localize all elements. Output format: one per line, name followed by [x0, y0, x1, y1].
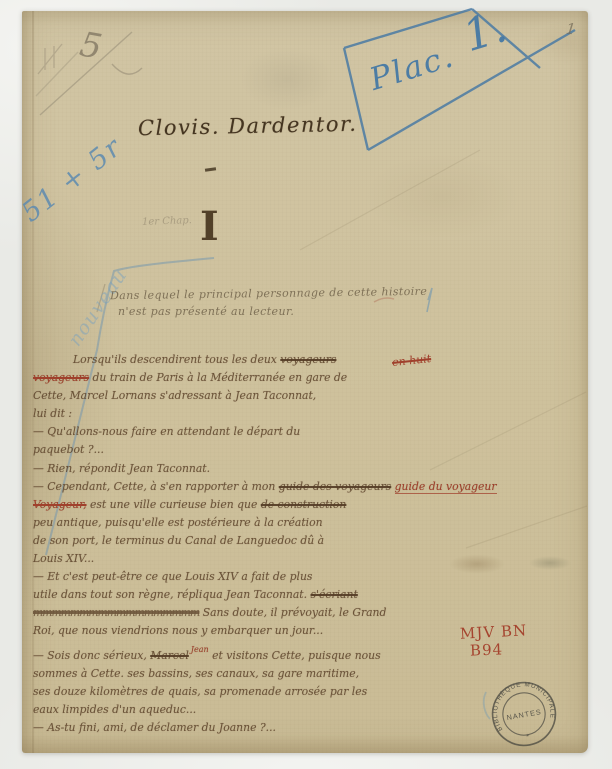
manuscript-line: — Et c'est peut-être ce que Louis XIV a … — [33, 568, 497, 586]
manuscript-line: — Qu'allons-nous faire en attendant le d… — [33, 423, 497, 441]
text-segment: Jean — [191, 645, 209, 654]
chapter-subtitle-line2: n'est pas présenté au lecteur. — [118, 305, 294, 318]
faint-pencil-note: 1er Chap. — [142, 215, 192, 228]
manuscript-line: eaux limpides d'un aqueduc... — [33, 701, 497, 719]
manuscript-line: de son port, le terminus du Canal de Lan… — [33, 532, 497, 550]
text-segment: — Qu'allons-nous faire en attendant le d… — [33, 425, 300, 438]
text-segment: — Rien, répondit Jean Taconnat. — [33, 462, 210, 475]
text-segment: — Sois donc sérieux, — [33, 649, 150, 662]
text-segment: Lorsqu'ils descendirent tous les deux — [73, 353, 280, 366]
text-segment: mmmmmmmmmmmmmmmmmm — [33, 606, 199, 619]
shelfmark-line2: B94 — [470, 640, 504, 659]
text-segment: voyageurs — [33, 371, 89, 384]
manuscript-line: Roi, que nous viendrions nous y embarque… — [33, 622, 497, 640]
manuscript-title: Clovis. Dardentor. — [138, 112, 358, 141]
text-segment: guide du voyageur — [395, 480, 497, 494]
stamp-center-text: NANTES — [506, 707, 542, 722]
text-segment: Louis XIV... — [33, 552, 94, 565]
manuscript-body: Lorsqu'ils descendirent tous les deux vo… — [33, 351, 497, 737]
manuscript-line: — Cependant, Cette, à s'en rapporter à m… — [33, 478, 497, 496]
manuscript-line: paquebot ?... — [33, 441, 497, 459]
text-segment: de son port, le terminus du Canal de Lan… — [33, 534, 324, 547]
text-segment: de construction — [261, 498, 347, 511]
manuscript-line: utile dans tout son règne, répliqua Jean… — [33, 586, 497, 604]
text-segment: Cette, Marcel Lornans s'adressant à Jean… — [33, 389, 316, 402]
library-stamp: BIBLIOTHÈQUE MUNICIPALE NANTES * — [483, 673, 564, 754]
manuscript-line: mmmmmmmmmmmmmmmmmm Sans doute, il prévoy… — [33, 604, 497, 622]
manuscript-line: — Rien, répondit Jean Taconnat. — [33, 460, 497, 478]
text-segment: Voyageur, — [33, 498, 87, 511]
folio-number: 1 — [565, 20, 576, 39]
text-segment: et visitons Cette, puisque nous — [209, 649, 381, 662]
manuscript-line: sommes à Cette. ses bassins, ses canaux,… — [33, 665, 497, 683]
manuscript-line: — As-tu fini, ami, de déclamer du Joanne… — [33, 719, 497, 737]
text-segment: peu antique, puisqu'elle est postérieure… — [33, 516, 323, 529]
chapter-numeral: I — [200, 203, 219, 250]
text-segment: — Et c'est peut-être ce que Louis XIV a … — [33, 570, 312, 583]
text-segment: — As-tu fini, ami, de déclamer du Joanne… — [33, 721, 276, 734]
stamp-ring-text: BIBLIOTHÈQUE MUNICIPALE — [487, 676, 558, 733]
text-segment: voyageurs — [280, 353, 336, 366]
text-segment: du train de Paris à la Méditerranée en g… — [89, 371, 347, 384]
text-segment: s'écriant — [311, 588, 358, 601]
manuscript-line: Cette, Marcel Lornans s'adressant à Jean… — [33, 387, 497, 405]
manuscript-line: Lorsqu'ils descendirent tous les deux vo… — [73, 351, 497, 369]
manuscript-line: voyageurs du train de Paris à la Méditer… — [33, 369, 497, 387]
manuscript-line: — Sois donc sérieux, MarcelJean et visit… — [33, 641, 497, 665]
manuscript-line: ses douze kilomètres de quais, sa promen… — [33, 683, 497, 701]
manuscript-line: peu antique, puisqu'elle est postérieure… — [33, 514, 497, 532]
text-segment: Marcel — [150, 649, 189, 662]
text-segment: est une ville curieuse bien que — [87, 498, 261, 511]
text-segment: eaux limpides d'un aqueduc... — [33, 703, 196, 716]
text-segment: lui dit : — [33, 407, 72, 420]
text-segment: Sans doute, il prévoyait, le Grand — [199, 606, 386, 619]
manuscript-line: Louis XIV... — [33, 550, 497, 568]
text-segment: sommes à Cette. ses bassins, ses canaux,… — [33, 667, 359, 680]
shelfmark-line1: MJV BN — [460, 621, 528, 642]
text-segment: utile dans tout son règne, répliqua Jean… — [33, 588, 311, 601]
text-segment: Roi, que nous viendrions nous y embarque… — [33, 624, 323, 637]
document-scan: { "title_block": { "title": "Clovis. Dar… — [0, 0, 612, 769]
manuscript-line: Voyageur, est une ville curieuse bien qu… — [33, 496, 497, 514]
manuscript-line: lui dit : — [33, 405, 497, 423]
text-segment: paquebot ?... — [33, 443, 104, 456]
text-segment: — Cependant, Cette, à s'en rapporter à m… — [33, 480, 279, 493]
text-segment: ses douze kilomètres de quais, sa promen… — [33, 685, 367, 698]
text-segment: guide des voyageurs — [279, 480, 391, 493]
svg-text:BIBLIOTHÈQUE MUNICIPALE: BIBLIOTHÈQUE MUNICIPALE — [487, 676, 558, 733]
